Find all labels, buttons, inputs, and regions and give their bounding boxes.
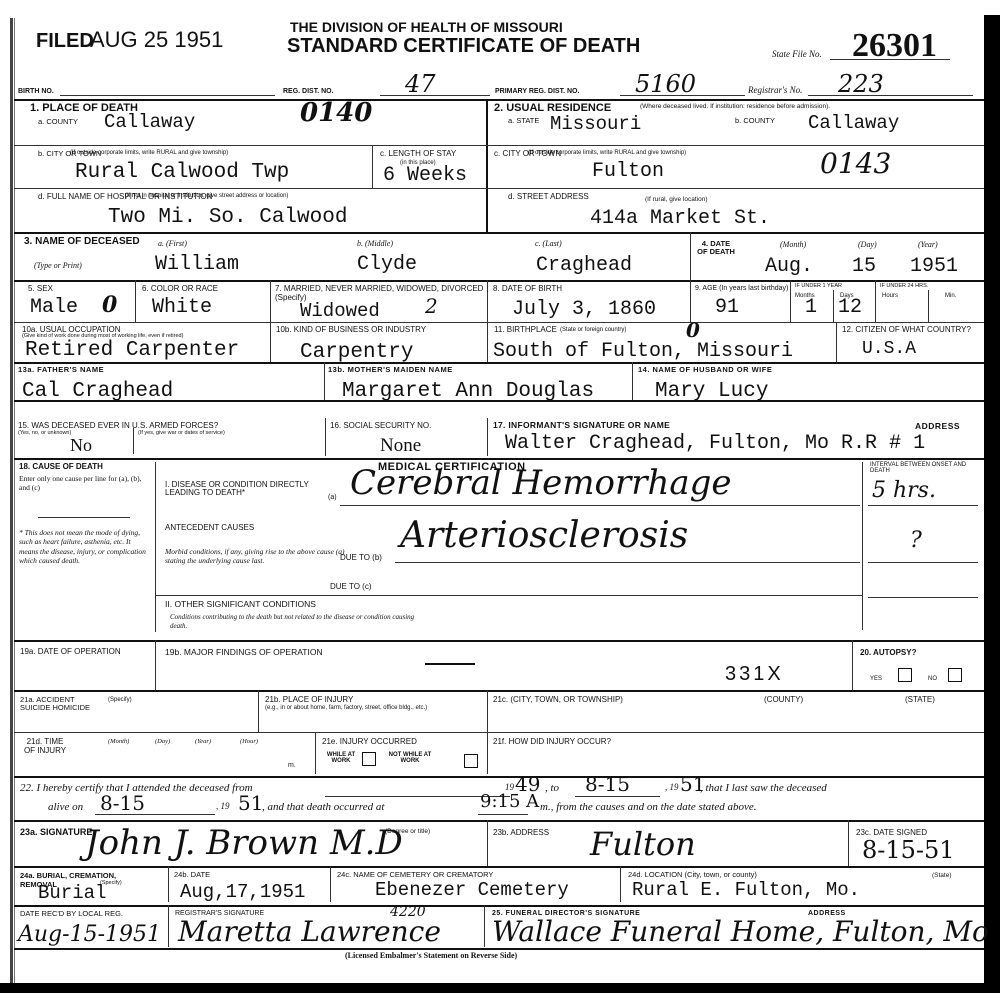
registrar-no-label: Registrar's No. xyxy=(748,86,802,95)
disease-label: I. DISEASE OR CONDITION DIRECTLY LEADING… xyxy=(165,481,325,497)
birthplace-note: (State or foreign country) xyxy=(560,327,626,333)
attended-to-date: 8-15 xyxy=(585,774,630,794)
registrar-signature: Maretta Lawrence xyxy=(178,918,441,946)
right-border xyxy=(984,15,1000,985)
physician-address-label: 23b. ADDRESS xyxy=(493,829,549,837)
due-to-c-label: DUE TO (c) xyxy=(330,583,371,591)
operation-findings-label: 19b. MAJOR FINDINGS OF OPERATION xyxy=(165,648,323,657)
injury-day-label: (Day) xyxy=(155,739,170,746)
res-state-label: a. STATE xyxy=(508,117,539,125)
state-file-label: State File No. xyxy=(772,50,822,59)
middle-name-value: Clyde xyxy=(357,255,417,275)
not-while-at-work-label: NOT WHILE AT WORK xyxy=(388,752,432,764)
primary-reg-label: PRIMARY REG. DIST. NO. xyxy=(495,88,579,95)
burial-location-state-label: (State) xyxy=(932,873,952,880)
autopsy-no-label: NO xyxy=(928,676,937,682)
while-at-work-checkbox[interactable] xyxy=(362,752,376,766)
injury-month-label: (Month) xyxy=(108,739,129,746)
under-1-year-label: IF UNDER 1 YEAR xyxy=(795,284,842,290)
dod-day-label: (Day) xyxy=(858,241,877,249)
burial-date-label: 24b. DATE xyxy=(174,871,210,879)
alive-on-year: 51 xyxy=(238,793,263,813)
cert-line2-end: m., from the causes and on the date stat… xyxy=(540,802,757,813)
alive-on-label: alive on xyxy=(48,802,83,813)
cause-footnote: * This does not mean the mode of dying, … xyxy=(19,528,151,566)
sex-code: 0 xyxy=(102,294,117,316)
antecedent-label: ANTECEDENT CAUSES xyxy=(165,524,254,532)
autopsy-yes-checkbox[interactable] xyxy=(898,668,912,682)
informant-value: Walter Craghead, Fulton, Mo R.R # 1 xyxy=(505,434,925,454)
reg-dist-number: 47 xyxy=(405,72,436,96)
sex-value: Male xyxy=(30,298,78,318)
middle-name-label: b. (Middle) xyxy=(357,240,393,248)
dod-month-label: (Month) xyxy=(780,241,806,249)
birthplace-code: 0 xyxy=(686,320,700,340)
last-name-value: Craghead xyxy=(536,256,632,276)
date-received-value: Aug-15-1951 xyxy=(18,924,161,946)
cert-line2-text: , and that death occurred at xyxy=(262,802,384,813)
occupation-value: Retired Carpenter xyxy=(25,340,239,361)
res-state-value: Missouri xyxy=(550,115,641,134)
hours-label: Hours xyxy=(882,293,898,299)
alive-on-date: 8-15 xyxy=(100,793,145,813)
citizen-label: 12. CITIZEN OF WHAT COUNTRY? xyxy=(842,326,977,334)
mother-value: Margaret Ann Douglas xyxy=(342,381,594,402)
informant-label: 17. INFORMANT'S SIGNATURE OR NAME xyxy=(493,421,670,430)
antecedent-note: Morbid conditions, if any, giving rise t… xyxy=(165,547,345,566)
time-of-death: 9:15 A xyxy=(480,793,539,811)
accident-label: 21a. ACCIDENT SUICIDE HOMICIDE xyxy=(20,696,90,713)
res-city-code: 0143 xyxy=(820,150,891,178)
deceased-name-label: 3. NAME OF DECEASED xyxy=(24,237,140,247)
under-24-hrs-label: IF UNDER 24 HRS. xyxy=(880,284,928,290)
first-name-label: a. (First) xyxy=(158,240,187,248)
filed-stamp-label: FILED xyxy=(36,30,94,53)
issuing-authority: THE DIVISION OF HEALTH OF MISSOURI xyxy=(290,19,563,35)
age-value: 91 xyxy=(715,298,739,318)
cemetery-value: Ebenezer Cemetery xyxy=(375,881,569,900)
armed-forces-note-1: (Yes, no, or unknown) xyxy=(18,431,71,437)
race-label: 6. COLOR OR RACE xyxy=(142,285,218,293)
interval-a-value: 5 hrs. xyxy=(872,480,936,502)
injury-state-label: (STATE) xyxy=(905,696,935,704)
physician-signature: John J. Brown M.D xyxy=(85,826,403,860)
father-value: Cal Craghead xyxy=(22,381,173,402)
due-to-b-label: DUE TO (b) xyxy=(340,554,382,562)
operation-date-label: 19a. DATE OF OPERATION xyxy=(20,648,150,656)
armed-forces-label: 15. WAS DECEASED EVER IN U.S. ARMED FORC… xyxy=(18,422,218,430)
father-label: 13a. FATHER'S NAME xyxy=(18,366,104,374)
pod-code: 0140 xyxy=(300,100,372,126)
other-conditions-label: II. OTHER SIGNIFICANT CONDITIONS xyxy=(165,600,316,609)
pod-county-label: a. COUNTY xyxy=(38,118,78,126)
date-received-label: DATE REC'D BY LOCAL REG. xyxy=(20,910,160,919)
pod-county-value: Callaway xyxy=(104,113,195,132)
embalmer-statement-note: (Licensed Embalmer's Statement on Revers… xyxy=(345,952,517,960)
business-label: 10b. KIND OF BUSINESS OR INDUSTRY xyxy=(276,326,486,334)
res-street-label: d. STREET ADDRESS xyxy=(508,193,589,201)
dod-month-value: Aug. xyxy=(765,257,813,277)
interval-b-value: ? xyxy=(910,530,922,552)
dob-label: 8. DATE OF BIRTH xyxy=(493,285,562,293)
time-of-injury-label: 21d. TIME OF INJURY xyxy=(20,738,70,756)
months-value: 1 xyxy=(805,298,817,318)
res-street-note: (If rural, give location) xyxy=(645,197,708,204)
filed-stamp-date: AUG 25 1951 xyxy=(90,27,223,53)
left-border xyxy=(10,18,13,983)
res-county-value: Callaway xyxy=(808,114,899,133)
injury-city-label: 21c. (CITY, TOWN, OR TOWNSHIP) xyxy=(493,696,623,704)
mother-label: 13b. MOTHER'S MAIDEN NAME xyxy=(328,366,453,374)
dod-year-label: (Year) xyxy=(918,241,938,249)
injury-year-label: (Year) xyxy=(195,739,211,746)
burial-location-value: Rural E. Fulton, Mo. xyxy=(632,881,860,900)
signature-label: 23a. SIGNATURE xyxy=(20,828,92,837)
spouse-label: 14. NAME OF HUSBAND OR WIFE xyxy=(638,366,772,374)
injury-county-label: (COUNTY) xyxy=(764,696,803,704)
injury-occurred-label: 21e. INJURY OCCURRED xyxy=(322,738,417,746)
primary-reg-number: 5160 xyxy=(635,72,696,96)
death-certificate: FILED AUG 25 1951 THE DIVISION OF HEALTH… xyxy=(0,0,1000,993)
pod-stay-label: c. LENGTH OF STAY xyxy=(380,150,456,158)
citizen-value: U.S.A xyxy=(862,340,916,358)
dod-day-value: 15 xyxy=(852,257,876,277)
cause-of-death-label: 18. CAUSE OF DEATH xyxy=(19,463,103,471)
while-at-work-label: WHILE AT WORK xyxy=(322,752,360,764)
birthplace-label: 11. BIRTHPLACE xyxy=(494,326,557,334)
accident-specify: (Specify) xyxy=(108,697,132,703)
interval-label: INTERVAL BETWEEN ONSET AND DEATH xyxy=(870,462,975,474)
place-of-injury-note: (e.g., in or about home, farm, factory, … xyxy=(265,705,485,711)
cert-to-label: , to xyxy=(545,783,559,794)
funeral-director-signature: Wallace Funeral Home, Fulton, Mo xyxy=(492,918,989,946)
residence-note: (Where deceased lived. If institution: r… xyxy=(640,104,980,111)
spouse-value: Mary Lucy xyxy=(655,381,768,402)
burial-date-value: Aug,17,1951 xyxy=(180,883,305,902)
res-city-value: Fulton xyxy=(592,162,664,182)
autopsy-no-checkbox[interactable] xyxy=(948,668,962,682)
how-injury-label: 21f. HOW DID INJURY OCCUR? xyxy=(493,738,611,746)
burial-value: Burial xyxy=(38,884,106,903)
cause-a-value: Cerebral Hemorrhage xyxy=(350,466,732,500)
other-conditions-note: Conditions contributing to the death but… xyxy=(170,613,430,631)
ssn-label: 16. SOCIAL SECURITY NO. xyxy=(330,422,431,430)
age-label: 9. AGE (In years last birthday) xyxy=(695,285,788,292)
bottom-border xyxy=(0,983,1000,993)
min-label: Min. xyxy=(945,293,956,299)
not-while-at-work-checkbox[interactable] xyxy=(464,754,478,768)
registrar-number: 223 xyxy=(838,72,884,96)
days-value: 12 xyxy=(838,298,862,318)
injury-m-label: m. xyxy=(288,762,296,769)
birth-no-label: BIRTH NO. xyxy=(18,88,54,95)
injury-hour-label: (Hour) xyxy=(240,739,258,746)
res-county-label: b. COUNTY xyxy=(735,117,775,125)
first-name-value: William xyxy=(155,255,239,275)
armed-forces-note-2: (If yes, give war or dates of service) xyxy=(138,431,225,437)
informant-address-label: ADDRESS xyxy=(915,422,960,431)
last-name-label: c. (Last) xyxy=(535,240,562,248)
left-border-inner xyxy=(14,18,15,983)
date-of-death-label: 4. DATE OF DEATH xyxy=(697,240,735,255)
autopsy-label: 20. AUTOPSY? xyxy=(860,649,916,657)
date-signed-value: 8-15-51 xyxy=(862,838,955,862)
cert-line1-end: , that I last saw the deceased xyxy=(700,783,827,794)
cause-b-value: Arteriosclerosis xyxy=(400,518,688,554)
dod-year-value: 1951 xyxy=(910,257,958,277)
burial-location-label: 24d. LOCATION (City, town, or county) xyxy=(628,871,757,879)
reg-dist-label: REG. DIST. NO. xyxy=(283,88,334,95)
deceased-name-note: (Type or Print) xyxy=(34,262,82,270)
pod-stay-value: 6 Weeks xyxy=(383,166,467,186)
race-value: White xyxy=(152,298,212,318)
pod-hospital-note: (If not in hospital or institution, give… xyxy=(125,193,288,199)
sex-label: 5. SEX xyxy=(28,285,53,293)
place-of-injury-label: 21b. PLACE OF INJURY xyxy=(265,696,353,704)
operation-code: 331X xyxy=(725,664,784,684)
armed-forces-value: No xyxy=(70,436,92,454)
state-file-number: 26301 xyxy=(852,27,937,65)
res-street-value: 414a Market St. xyxy=(590,209,770,229)
marital-value: Widowed xyxy=(300,302,380,321)
pod-city-value: Rural Calwood Twp xyxy=(75,162,289,183)
res-city-note: (If outside corporate limits, write RURA… xyxy=(528,150,686,156)
cemetery-label: 24c. NAME OF CEMETERY OR CREMATORY xyxy=(337,871,493,879)
business-value: Carpentry xyxy=(300,342,413,363)
cause-a-marker: (a) xyxy=(328,494,337,501)
certificate-title: STANDARD CERTIFICATE OF DEATH xyxy=(287,35,640,58)
marital-code: 2 xyxy=(425,296,438,316)
dob-value: July 3, 1860 xyxy=(512,300,656,320)
birthplace-value: South of Fulton, Missouri xyxy=(493,342,793,362)
cause-of-death-note: Enter only one cause per line for (a), (… xyxy=(19,474,151,493)
ssn-value: None xyxy=(380,436,421,455)
physician-address: Fulton xyxy=(590,828,696,860)
autopsy-yes-label: YES xyxy=(870,676,882,682)
pod-city-note: (If outside corporate limits, write RURA… xyxy=(70,150,228,156)
pod-hospital-value: Two Mi. So. Calwood xyxy=(108,207,347,228)
